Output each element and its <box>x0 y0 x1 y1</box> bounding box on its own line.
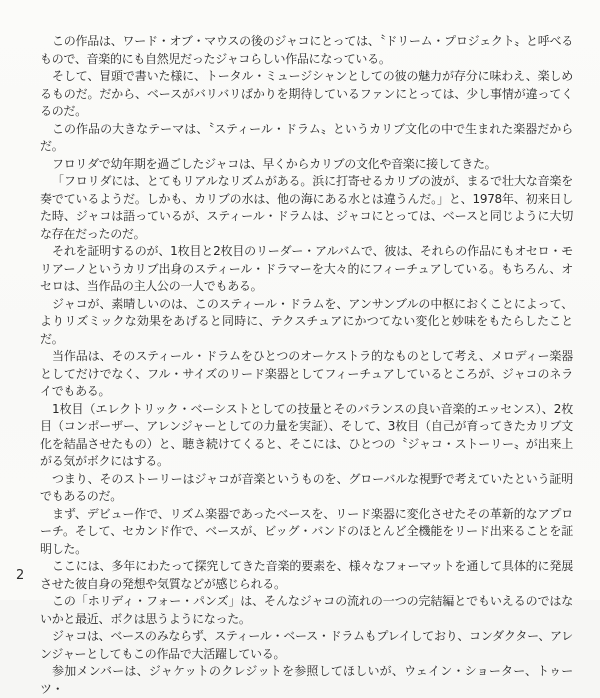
paragraph-12: ここには、多年にわたって探究してきた音楽的要素を、様々なフォーマットを通して具体… <box>40 558 573 593</box>
paragraph-4: フロリダで幼年期を過ごしたジャコは、早くからカリブの文化や音楽に接してきた。 <box>40 156 573 174</box>
paragraph-6: それを証明するのが、1枚目と2枚目のリーダー・アルバムで、彼は、それらの作品にも… <box>40 243 573 296</box>
liner-notes-text: この作品は、ワード・オブ・マウスの後のジャコにとっては、〝ドリーム・プロジェクト… <box>40 33 573 600</box>
paragraph-9: 1枚目（エレクトリック・ベーシストとしての技量とそのバランスの良い音楽的エッセン… <box>40 401 573 471</box>
paragraph-13: この「ホリディ・フォー・パンズ」は、そんなジャコの流れの一つの完結編とでもいえる… <box>40 593 573 600</box>
paragraph-3: この作品の大きなテーマは、〝スティール・ドラム〟というカリブ文化の中で生まれた楽… <box>40 121 573 156</box>
paragraph-2: そして、冒頭で書いた様に、トータル・ミュージシャンとしての彼の魅力が存分に味わえ… <box>40 68 573 121</box>
paragraph-1: この作品は、ワード・オブ・マウスの後のジャコにとっては、〝ドリーム・プロジェクト… <box>40 33 573 68</box>
page-number: 2 <box>16 568 24 583</box>
paragraph-8: 当作品は、そのスティール・ドラムをひとつのオーケストラ的なものとして考え、メロデ… <box>40 348 573 401</box>
paragraph-5: 「フロリダには、とてもリアルなリズムがある。浜に打寄せるカリブの波が、まるで壮大… <box>40 173 573 243</box>
paragraph-7: ジャコが、素晴しいのは、このスティール・ドラムを、アンサンブルの中枢におくことに… <box>40 296 573 349</box>
paragraph-11: まず、デビュー作で、リズム楽器であったベースを、リード楽器に変化させたその革新的… <box>40 506 573 559</box>
paragraph-10: つまり、そのストーリーはジャコが音楽というものを、グローバルな視野で考えていたと… <box>40 471 573 506</box>
liner-notes-page: この作品は、ワード・オブ・マウスの後のジャコにとっては、〝ドリーム・プロジェクト… <box>0 0 600 600</box>
